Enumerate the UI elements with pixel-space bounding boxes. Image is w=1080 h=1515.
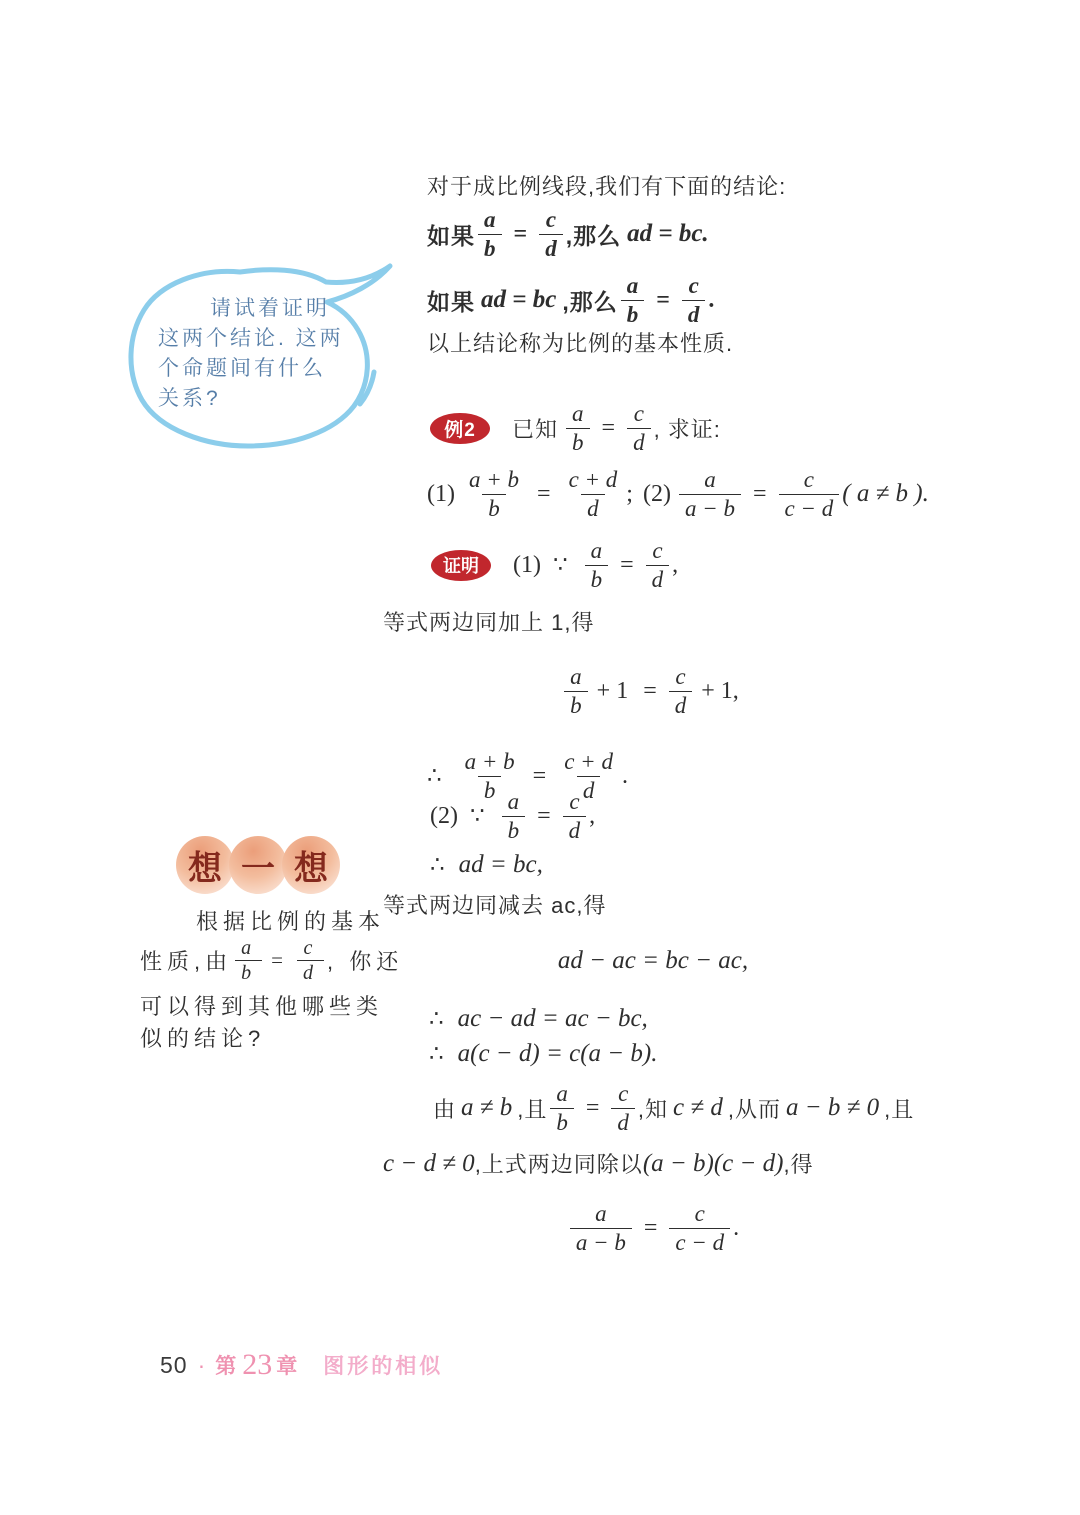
math-text: c ≠ d bbox=[673, 1094, 723, 1122]
equation-subtract: ad − ac = bc − ac, bbox=[383, 947, 923, 975]
since-line-2: c − d ≠ 0 ,上式两边同除以 (a − b)(c − d) ,得 bbox=[383, 1148, 814, 1179]
step-label: (2) bbox=[430, 803, 458, 830]
rule1-then: ,那么 bbox=[566, 218, 621, 251]
equals-sign: = bbox=[593, 415, 625, 442]
item-1-label: (1) bbox=[427, 481, 455, 508]
equation-add-one: ab + 1 = cd + 1, bbox=[383, 663, 923, 720]
fraction: cd bbox=[627, 400, 651, 457]
math-text: ad − ac = bc − ac, bbox=[558, 947, 748, 975]
footer-dot: · bbox=[188, 1352, 216, 1379]
subtract-line: 等式两边同减去 ac,得 bbox=[383, 889, 606, 920]
equals-sign: = bbox=[505, 221, 537, 248]
think-section-title: 想 一 想 bbox=[176, 836, 335, 894]
equation-final: aa − b = cc − d . bbox=[383, 1200, 923, 1257]
zh-text: 性质,由 bbox=[140, 945, 232, 976]
page-footer: 50 · 第 23 章 图形的相似 bbox=[160, 1348, 443, 1382]
subtract-text: 等式两边同减去 ac,得 bbox=[383, 889, 606, 920]
math-text: c − d ≠ 0 bbox=[383, 1150, 475, 1178]
zh-text: ,知 bbox=[638, 1093, 668, 1124]
fraction: aa − b bbox=[679, 466, 741, 523]
equals-sign: = bbox=[744, 481, 776, 508]
chapter-number: 23 bbox=[238, 1348, 276, 1382]
fraction: cc − d bbox=[669, 1200, 730, 1257]
fraction: ab bbox=[478, 206, 502, 263]
fraction: c + dd bbox=[563, 466, 624, 523]
intro-text: 对于成比例线段,我们有下面的结论: bbox=[427, 170, 786, 201]
seek-text: , 求证: bbox=[654, 413, 721, 444]
conclusion-text: 以上结论称为比例的基本性质. bbox=[427, 327, 733, 358]
bubble-text-line: 关系? bbox=[158, 382, 221, 412]
plus-one: + 1 bbox=[591, 678, 635, 705]
rule2-lhs: ad = bc bbox=[481, 286, 556, 314]
rule1-rhs: ad = bc. bbox=[627, 220, 709, 248]
zh-text: 似的结论? bbox=[140, 1022, 265, 1053]
fraction: ab bbox=[566, 400, 590, 457]
proof-badge: 证明 bbox=[431, 550, 491, 581]
problems-line: (1) a + bb = c + dd ; (2) aa − b = cc − … bbox=[427, 466, 929, 523]
proof-line-1: 证明 (1) ∵ ab = cd , bbox=[431, 537, 678, 594]
period: . bbox=[708, 287, 714, 314]
fraction: ab bbox=[564, 663, 588, 720]
equals-sign: = bbox=[524, 763, 556, 790]
since-line-1: 由 a ≠ b ,且 ab = cd ,知 c ≠ d ,从而 a − b ≠ … bbox=[433, 1080, 914, 1137]
bubble-text-line: 个命题间有什么 bbox=[158, 352, 326, 382]
therefore-symbol: ∴ bbox=[430, 852, 445, 878]
therefore-symbol: ∴ bbox=[429, 1006, 444, 1032]
chapter-prefix: 第 bbox=[215, 1350, 238, 1380]
think-title-circle: 想 bbox=[282, 836, 340, 894]
add-one-line: 等式两边同加上 1,得 bbox=[383, 606, 594, 637]
therefore-symbol: ∴ bbox=[427, 763, 442, 789]
think-title-circle: 一 bbox=[229, 836, 287, 894]
equals-sign: = bbox=[528, 481, 560, 508]
zh-text: ,得 bbox=[783, 1148, 813, 1179]
zh-text: ,上式两边同除以 bbox=[475, 1148, 643, 1179]
equals-sign: = bbox=[635, 1215, 667, 1242]
zh-text: ,且 bbox=[517, 1093, 547, 1124]
chapter-suffix: 章 bbox=[276, 1350, 299, 1380]
equals-sign: = bbox=[634, 678, 666, 705]
equals-sign: = bbox=[647, 287, 679, 314]
step-label: (1) bbox=[513, 552, 541, 579]
given-text: 已知 bbox=[512, 413, 558, 444]
comma: , bbox=[589, 803, 595, 830]
think-text-line: 似的结论? bbox=[140, 1022, 265, 1053]
page-number: 50 bbox=[160, 1352, 188, 1379]
add-one-text: 等式两边同加上 1,得 bbox=[383, 606, 594, 637]
think-text-line: 可以得到其他哪些类 bbox=[140, 990, 383, 1021]
math-text: (a − b)(c − d) bbox=[643, 1150, 784, 1178]
rule2-then: ,那么 bbox=[562, 284, 617, 317]
fraction: cd bbox=[539, 206, 563, 263]
fraction: cd bbox=[563, 788, 587, 845]
bubble-text-line: 这两个结论. 这两 bbox=[158, 322, 344, 352]
zh-text: 由 bbox=[433, 1093, 456, 1124]
zh-text: ,且 bbox=[884, 1093, 914, 1124]
equals-sign: = bbox=[611, 552, 643, 579]
fraction: ab bbox=[550, 1080, 574, 1137]
rule2-if: 如果 bbox=[427, 284, 475, 317]
rule1-if: 如果 bbox=[427, 218, 475, 251]
fraction: ab bbox=[235, 936, 262, 986]
period: . bbox=[733, 1215, 739, 1242]
think-text-line: 根据比例的基本 bbox=[196, 905, 385, 936]
therefore-symbol: ∴ bbox=[429, 1041, 444, 1067]
fraction: a + bb bbox=[463, 466, 525, 523]
think-title-circle: 想 bbox=[176, 836, 234, 894]
zh-text: 可以得到其他哪些类 bbox=[140, 990, 383, 1021]
because-symbol: ∵ bbox=[553, 552, 568, 578]
bubble-text-line: 请试着证明 bbox=[210, 292, 330, 322]
fraction: cd bbox=[646, 537, 670, 594]
math-text: a − b ≠ 0 bbox=[786, 1094, 879, 1122]
zh-text: ,从而 bbox=[728, 1093, 781, 1124]
plus-one: + 1, bbox=[695, 678, 745, 705]
math-text: ac − ad = ac − bc, bbox=[458, 1005, 648, 1033]
think-text-line: 性质,由 ab = cd , 你还 bbox=[140, 936, 403, 986]
ad-bc-line: ∴ ad = bc, bbox=[430, 851, 543, 879]
rule-line-2: 如果 ad = bc ,那么 ab = cd . bbox=[427, 272, 714, 329]
intro-line: 对于成比例线段,我们有下面的结论: bbox=[427, 170, 786, 201]
semicolon: ; bbox=[626, 481, 633, 508]
because-symbol: ∵ bbox=[470, 803, 485, 829]
textbook-page: 请试着证明 这两个结论. 这两 个命题间有什么 关系? 对于成比例线段,我们有下… bbox=[0, 0, 1080, 1515]
factor-line: ∴ a(c − d) = c(a − b). bbox=[429, 1040, 658, 1068]
fraction: cd bbox=[297, 936, 324, 986]
comma: , bbox=[672, 552, 678, 579]
fraction: aa − b bbox=[570, 1200, 632, 1257]
math-text: a(c − d) = c(a − b). bbox=[458, 1040, 658, 1068]
fraction: ab bbox=[621, 272, 645, 329]
equals-sign: = bbox=[528, 803, 560, 830]
proof-line-2: (2) ∵ ab = cd , bbox=[430, 788, 595, 845]
chapter-title: 图形的相似 bbox=[323, 1350, 443, 1380]
equals-sign: = bbox=[577, 1095, 609, 1122]
example2-badge: 例2 bbox=[430, 413, 490, 444]
zh-text: 根据比例的基本 bbox=[196, 905, 385, 936]
equals-sign: = bbox=[265, 948, 294, 973]
example2-line: 例2 已知 ab = cd , 求证: bbox=[430, 400, 721, 457]
rule-line-1: 如果 ab = cd ,那么 ad = bc. bbox=[427, 206, 709, 263]
fraction: ab bbox=[585, 537, 609, 594]
period: . bbox=[622, 763, 628, 790]
math-text: a ≠ b bbox=[461, 1094, 512, 1122]
conclusion-line: 以上结论称为比例的基本性质. bbox=[427, 327, 733, 358]
fraction: cd bbox=[682, 272, 706, 329]
acad-line: ∴ ac − ad = ac − bc, bbox=[429, 1005, 648, 1033]
fraction: cc − d bbox=[779, 466, 840, 523]
fraction: cd bbox=[611, 1080, 635, 1137]
condition-text: ( a ≠ b ). bbox=[842, 480, 929, 508]
fraction: ab bbox=[502, 788, 526, 845]
item-2-label: (2) bbox=[643, 481, 671, 508]
fraction: cd bbox=[669, 663, 693, 720]
zh-text: , 你还 bbox=[327, 945, 403, 976]
math-text: ad = bc, bbox=[459, 851, 543, 879]
